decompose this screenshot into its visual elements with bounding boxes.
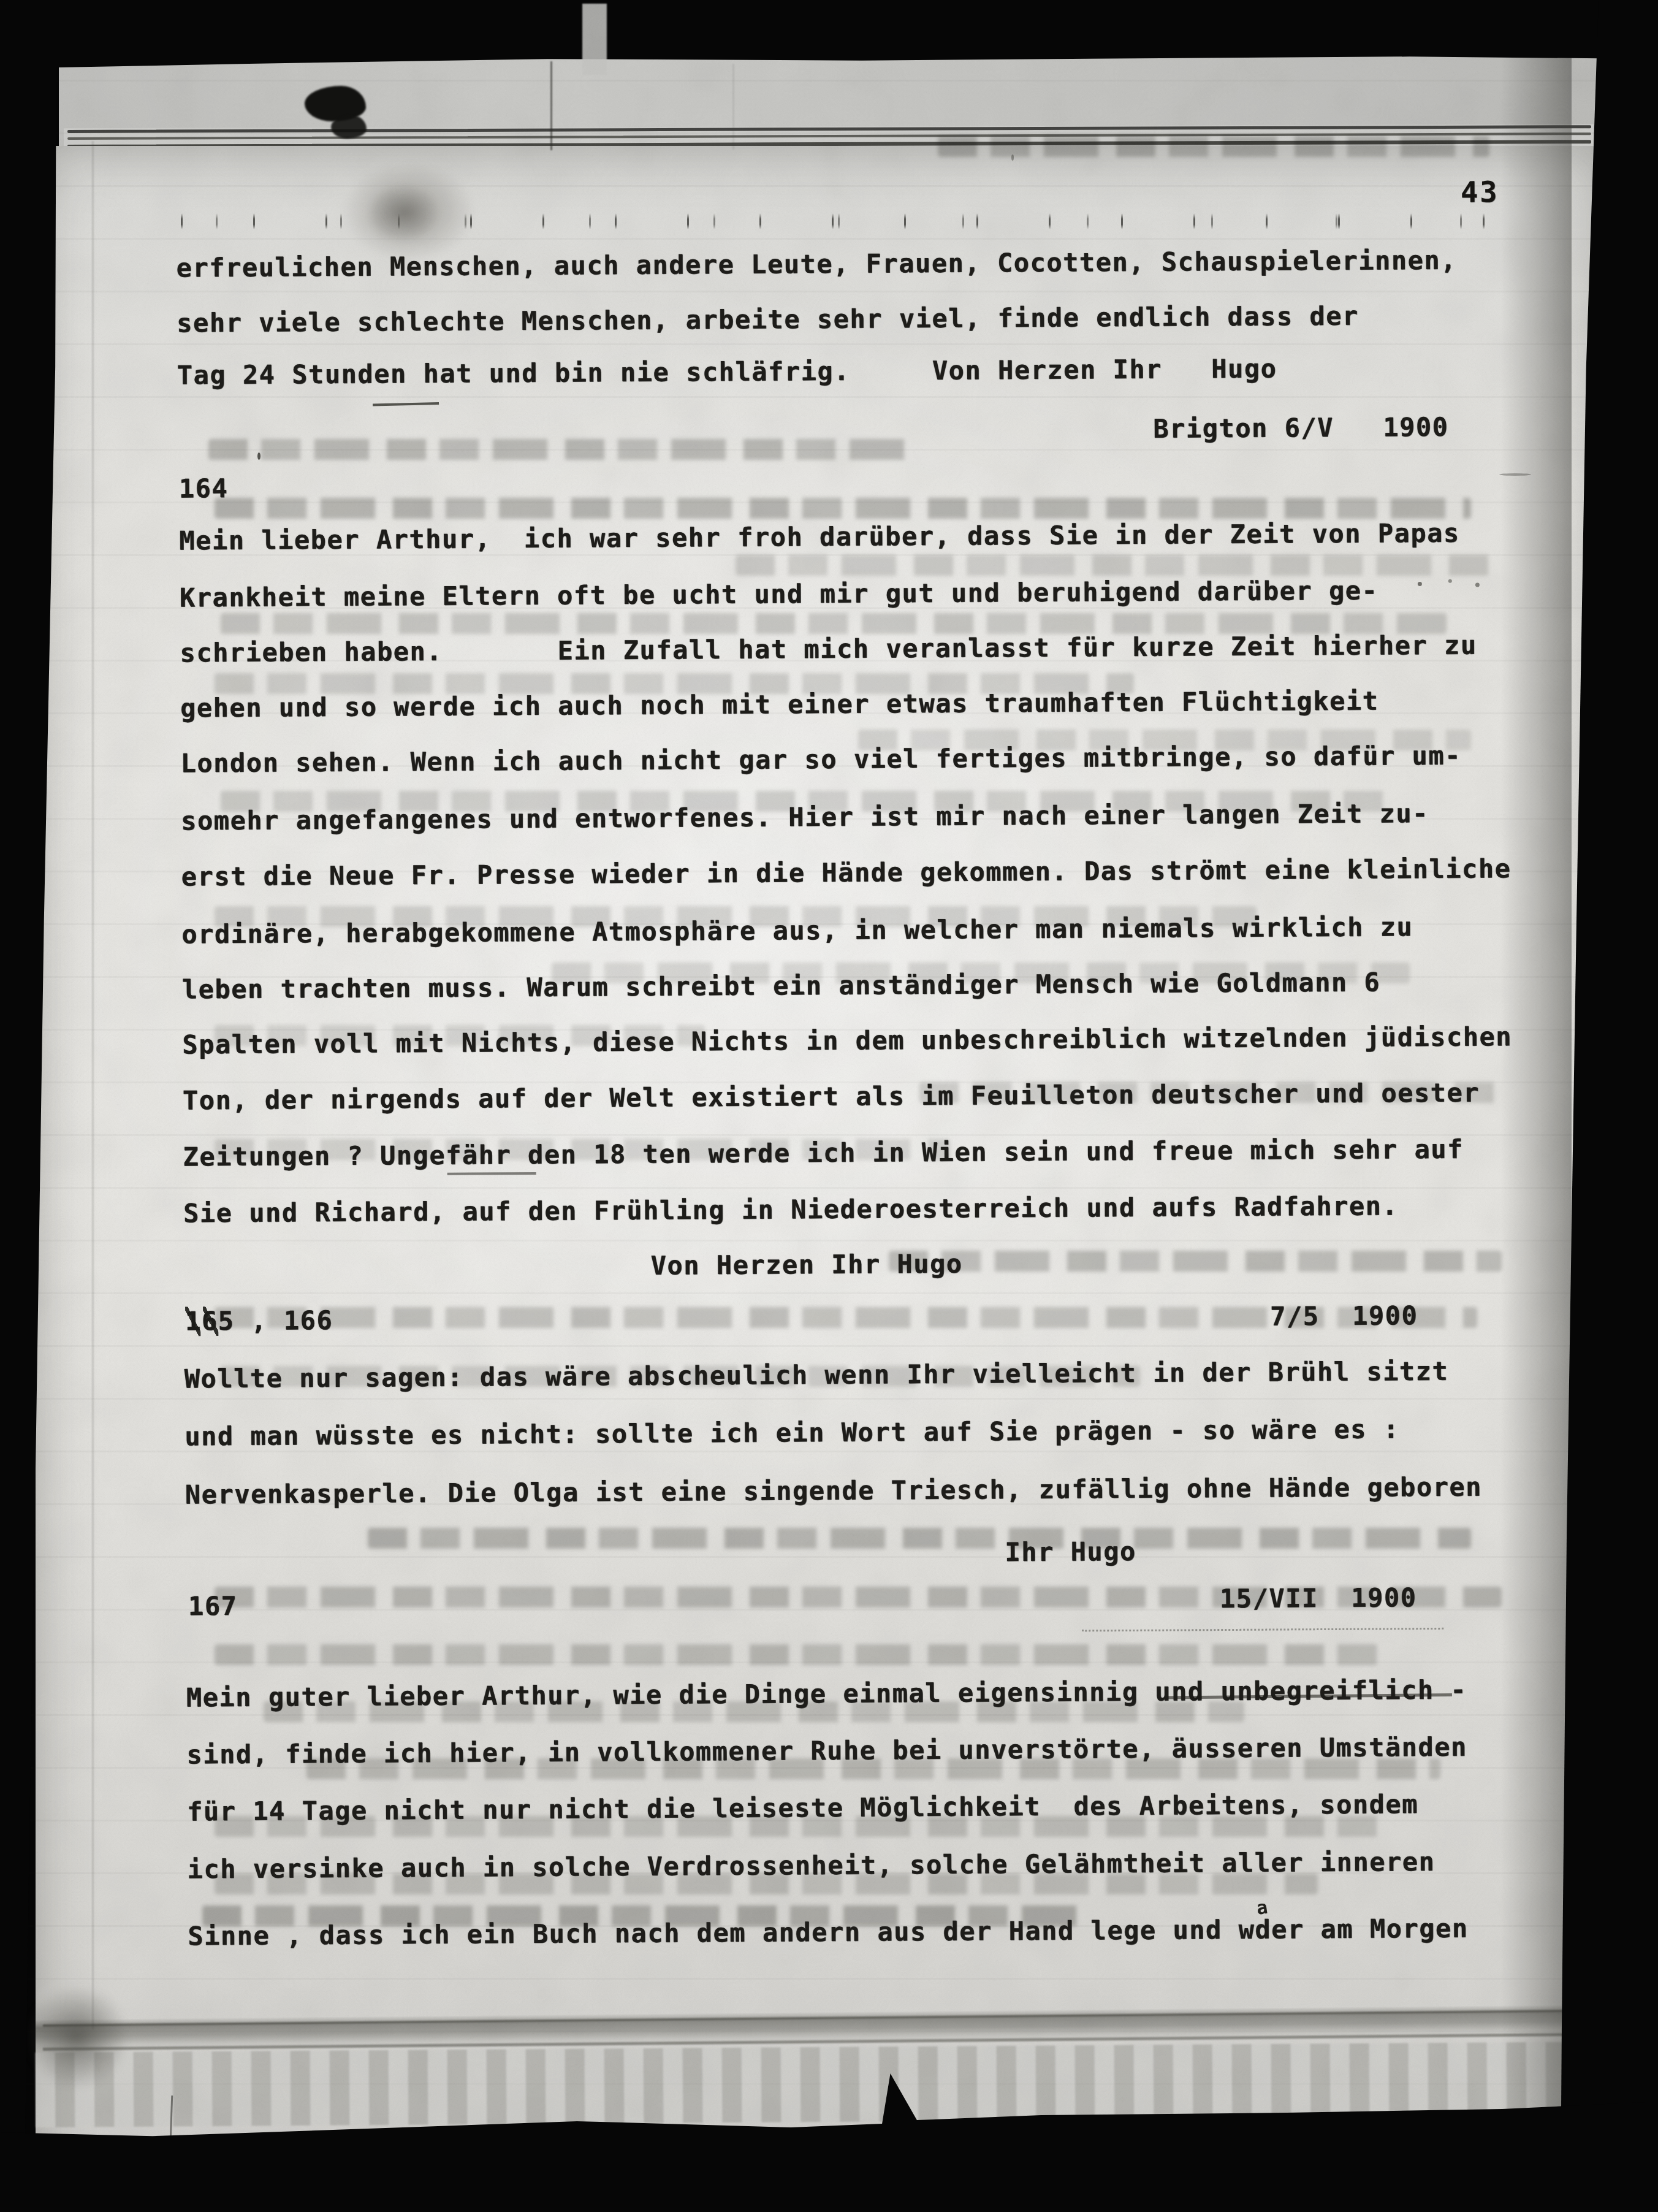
page-number: 43: [1461, 175, 1499, 209]
line-13: ordinäre, herabgekommene Atmosphäre aus,…: [181, 914, 1413, 947]
letter-number-164: 164: [179, 476, 229, 502]
corner-shadow: [25, 1985, 129, 2089]
line-28: für 14 Tage nicht nur nicht die leiseste…: [187, 1791, 1418, 1825]
date-15-vii-1900: 15/VII 1900: [1220, 1585, 1417, 1612]
line-1: erfreulichen Menschen, auch andere Leute…: [177, 248, 1458, 281]
date-7-5-1900: 7/5 1900: [1270, 1303, 1418, 1329]
ink-dot: [1475, 582, 1480, 587]
ink-dot: [1418, 582, 1422, 586]
line-22: und man wüsste es nicht: sollte ich ein …: [184, 1416, 1399, 1449]
closing-von-herzen: Von Herzen Ihr Hugo: [651, 1251, 963, 1279]
line-23: Nervenkasperle. Die Olga ist eine singen…: [185, 1474, 1482, 1508]
line-18: Sie und Richard, auf den Frühling in Nie…: [183, 1193, 1398, 1226]
ink-dot: [1448, 579, 1452, 583]
line-17: Zeitungen ? Ungefähr den 18 ten werde ic…: [183, 1137, 1464, 1170]
line-15: Spalten voll mit Nichts, diese Nichts in…: [182, 1024, 1512, 1058]
underline-mark: [373, 402, 439, 406]
line-27: sind, finde ich hier, in vollkommener Ru…: [186, 1734, 1467, 1768]
line-11: somehr angefangenes und entworfenes. Hie…: [181, 801, 1429, 834]
line-3: Tag 24 Stunden hat und bin nie schläfrig…: [177, 356, 1277, 388]
right-edge-shadow: [1500, 0, 1572, 2212]
line-6: Mein lieber Arthur, ich war sehr froh da…: [179, 521, 1460, 554]
dotted-mark: [1082, 1628, 1443, 1632]
line-9: gehen und so werde ich auch noch mit ein…: [180, 688, 1379, 721]
underline-mark: [447, 1172, 536, 1175]
closing-ihr-hugo: Ihr Hugo: [1005, 1539, 1136, 1565]
date-brigton: Brigton 6/V 1900: [1153, 414, 1448, 442]
scanned-letter-page: 43 a erfreulichen Menschen, auch andere …: [0, 0, 1658, 2212]
line-30: Sinne , dass ich ein Buch nach dem ander…: [188, 1916, 1469, 1950]
line-21: Wollte nur sagen: das wäre abscheulich w…: [184, 1359, 1449, 1392]
paper-tab: [582, 4, 607, 75]
line-12: erst die Neue Fr. Presse wieder in die H…: [181, 856, 1512, 890]
line-16: Ton, der nirgends auf der Welt existiert…: [183, 1080, 1480, 1113]
letter-number-165-166: 165 , 166: [185, 1308, 333, 1334]
line-14: leben trachten muss. Warum schreibt ein …: [182, 969, 1381, 1002]
line-2: sehr viele schlechte Menschen, arbeite s…: [177, 303, 1359, 337]
line-7: Krankheit meine Eltern oft be ucht und m…: [180, 578, 1378, 611]
line-10: London sehen. Wenn ich auch nicht gar so…: [180, 743, 1461, 777]
typed-text-block: 43 a erfreulichen Menschen, auch andere …: [0, 0, 1658, 2212]
line-8: schrieben haben. Ein Zufall hat mich ver…: [180, 632, 1477, 666]
line-29: ich versinke auch in solche Verdrossenhe…: [188, 1849, 1436, 1882]
letter-number-167: 167: [188, 1593, 238, 1619]
line-26: Mein guter lieber Arthur, wie die Dinge …: [186, 1677, 1467, 1711]
